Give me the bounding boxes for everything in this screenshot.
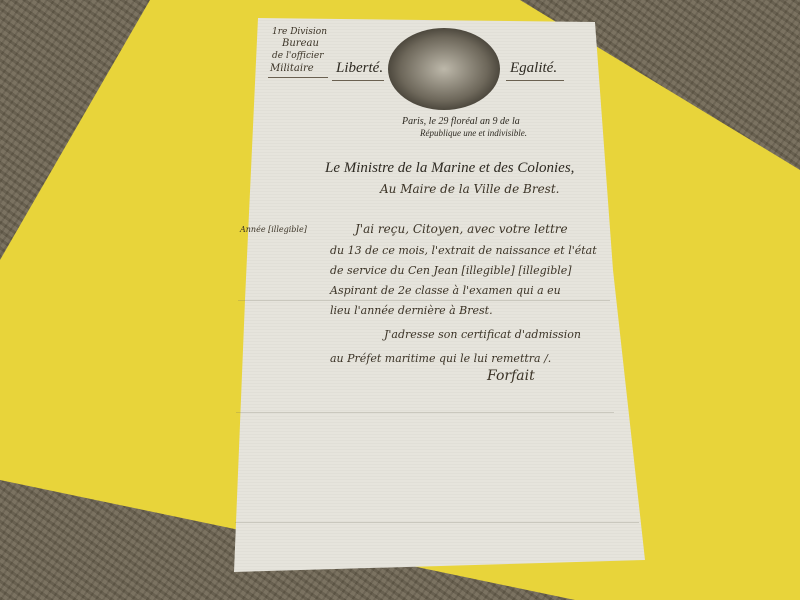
motto-rule: [506, 80, 564, 81]
body-line: au Préfet maritime qui le lui remettra /…: [330, 352, 551, 365]
motto-liberte: Liberté.: [336, 60, 383, 77]
recipient: Au Maire de la Ville de Brest.: [380, 182, 559, 196]
body-line: de service du Cen Jean [illegible] [ille…: [330, 264, 572, 277]
header-rule: [268, 77, 328, 78]
body-line: J'ai reçu, Citoyen, avec votre lettre: [355, 222, 568, 236]
motto-egalite: Egalité.: [510, 60, 557, 77]
body-line: Aspirant de 2e classe à l'examen qui a e…: [330, 284, 561, 297]
fold-line: [235, 522, 639, 523]
engraved-vignette-icon: [388, 28, 500, 110]
margin-division: 1re Division: [272, 27, 327, 37]
dateline-1: Paris, le 29 floréal an 9 de la: [402, 116, 520, 127]
margin-note: Année [illegible]: [240, 225, 307, 234]
body-line: du 13 de ce mois, l'extrait de naissance…: [330, 244, 597, 257]
margin-bureau: Bureau: [282, 38, 319, 49]
margin-militaire: Militaire: [270, 63, 314, 74]
fold-line: [238, 300, 610, 301]
fold-line: [236, 412, 614, 413]
body-line: lieu l'année dernière à Brest.: [330, 304, 493, 317]
sender: Le Ministre de la Marine et des Colonies…: [325, 160, 574, 177]
signature: Forfait: [487, 368, 535, 384]
margin-officer: de l'officier: [272, 51, 324, 61]
body-line: J'adresse son certificat d'admission: [384, 328, 581, 341]
motto-rule: [332, 80, 384, 81]
dateline-2: République une et indivisible.: [420, 128, 527, 138]
